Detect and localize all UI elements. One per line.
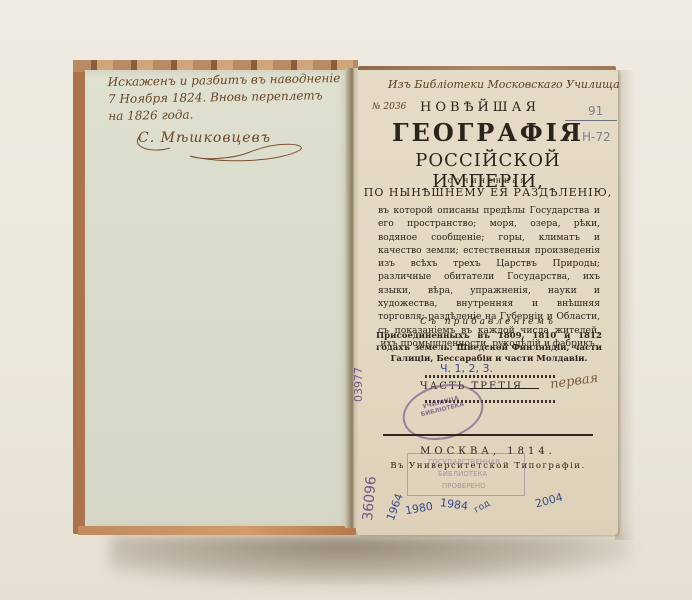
ornamental-rule-top: [425, 375, 555, 378]
title-line-1: НОВѢЙШАЯ: [380, 100, 580, 115]
title-line-2: ГЕОГРАФІЯ: [358, 118, 618, 147]
imprint-rule: [383, 434, 593, 436]
volume-note: Ч. 1, 2, 3.: [440, 362, 493, 375]
signature: С. Мѣшковцевъ: [138, 130, 271, 146]
handwritten-inscription: Искаженъ и разбитъ въ наводненіе 7 Ноябр…: [108, 70, 349, 125]
rect-stamp-line-3: ПРОВЕРЕНО: [442, 482, 486, 490]
title-line-4: сочиненная: [358, 176, 618, 185]
rect-stamp-line-2: БИБЛИОТЕКА: [438, 470, 487, 478]
library-rect-stamp: ГОСУДАРСТВЕННАЯ БИБЛИОТЕКА ПРОВЕРЕНО: [407, 453, 525, 496]
rect-stamp-line-1: ГОСУДАРСТВЕННАЯ: [428, 458, 500, 466]
ownership-note: Изъ Библіотеки Московскаго Училища: [388, 78, 620, 91]
book-shadow-right: [615, 70, 635, 540]
left-cover-bottom-edge: [78, 526, 356, 535]
title-description: въ которой описаны предѣлы Государства и…: [378, 204, 600, 350]
margin-number-03977: 03977: [352, 367, 365, 402]
pencil-mark-91: 91: [588, 104, 603, 118]
addition-text: Присоединенныхъ въ 1809, 1810 и 1812 год…: [376, 331, 602, 366]
addition-heading: Съ прибавленіемъ: [358, 317, 618, 327]
book-shadow: [110, 535, 630, 585]
title-line-5: ПО НЫНѢШНЕМУ ЕЯ РАЗДѢЛЕНІЮ,: [358, 186, 618, 199]
part-strikethrough: [469, 388, 539, 389]
